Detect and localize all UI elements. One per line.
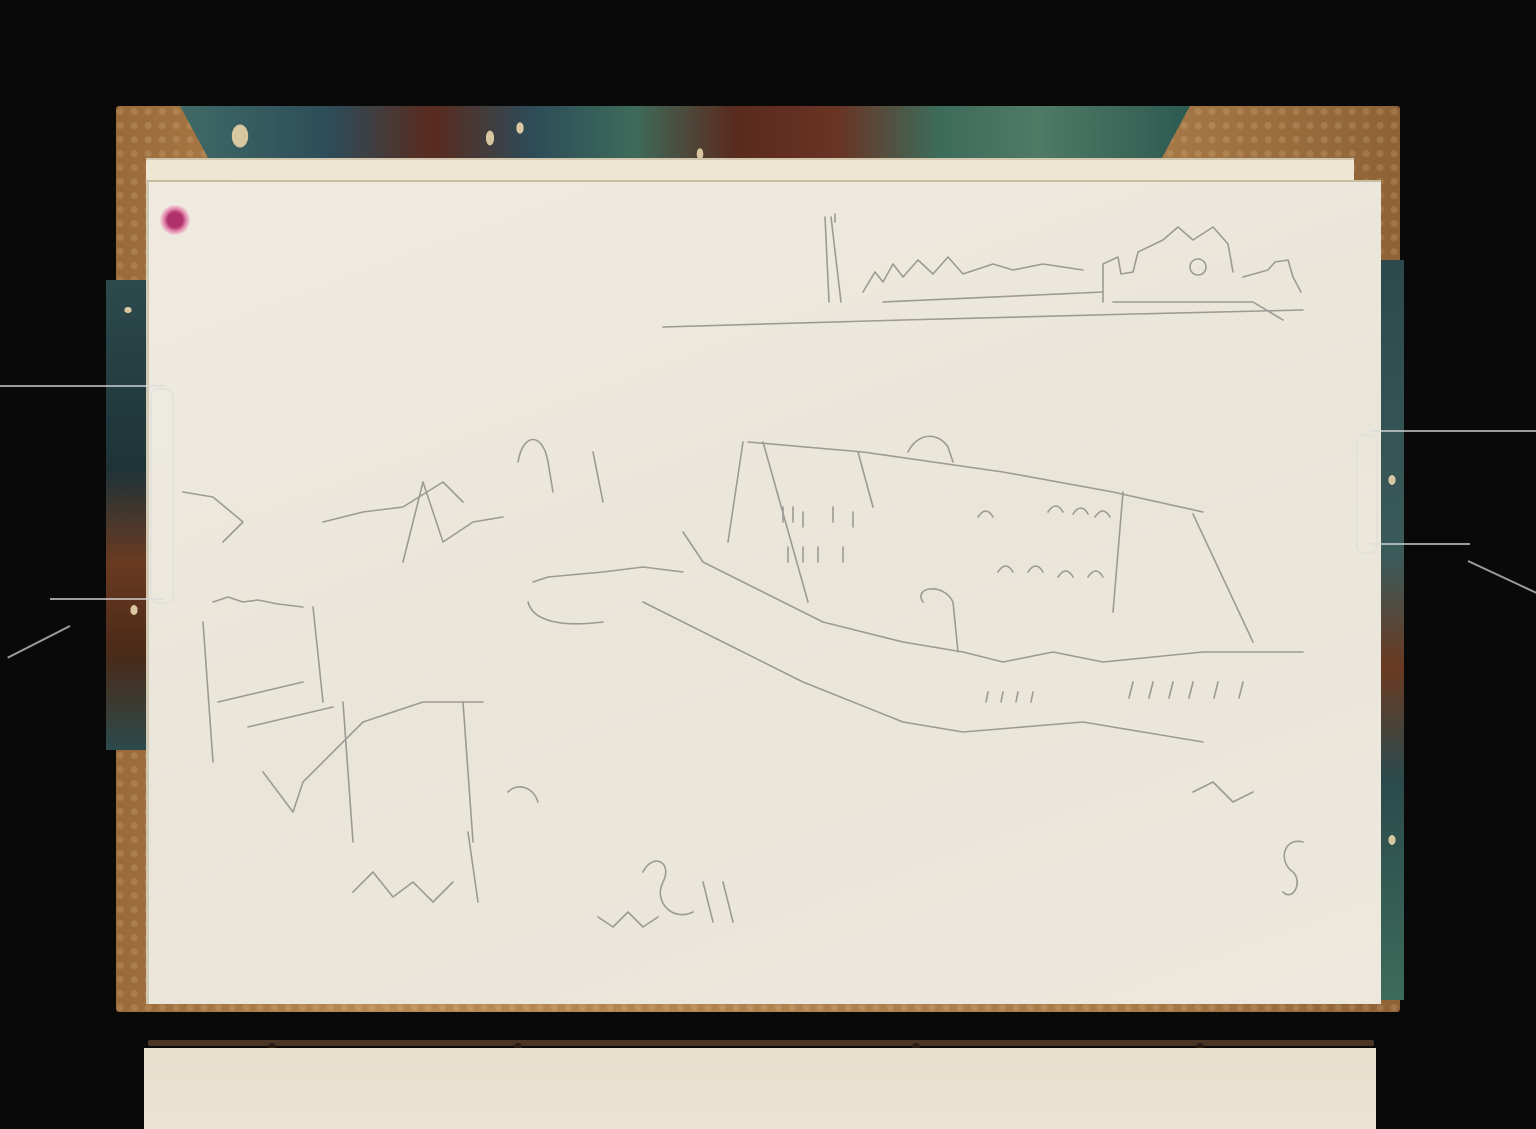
marbled-edge-left bbox=[106, 280, 150, 750]
clip-wire bbox=[7, 625, 70, 659]
clip-wire bbox=[1370, 543, 1470, 545]
marbled-edge-right bbox=[1378, 260, 1404, 1000]
marbled-corner-top bbox=[180, 106, 1190, 162]
clip-wire bbox=[1370, 430, 1536, 432]
sketchbook-page bbox=[146, 180, 1381, 1004]
figures bbox=[353, 782, 1303, 927]
clip-right bbox=[1356, 434, 1378, 554]
pencil-sketch bbox=[149, 182, 1381, 1004]
clip-wire bbox=[50, 598, 165, 600]
main-castle bbox=[528, 436, 1303, 742]
page-gutter bbox=[148, 1040, 1374, 1046]
left-buildings bbox=[183, 440, 603, 843]
clip-wire bbox=[0, 385, 165, 387]
distant-skyline bbox=[663, 214, 1303, 327]
clip-left bbox=[150, 388, 174, 604]
pink-ink-stamp bbox=[160, 205, 190, 235]
facing-page bbox=[144, 1048, 1376, 1129]
clip-wire bbox=[1468, 560, 1536, 596]
